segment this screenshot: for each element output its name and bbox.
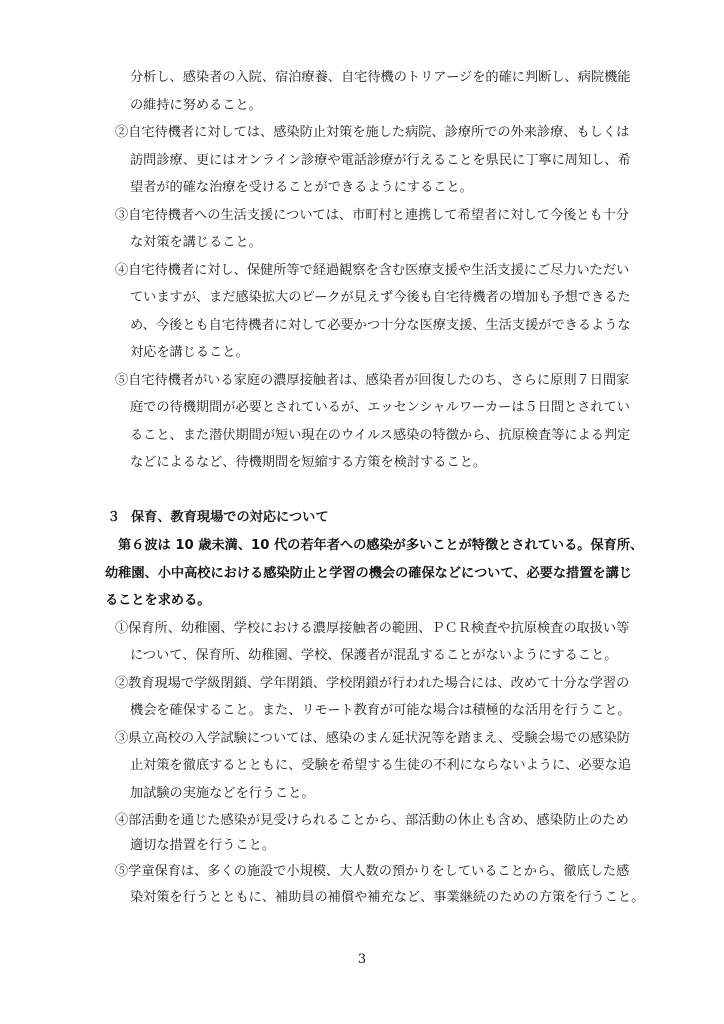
s3-item-4-line: 適切な措置を行うこと。 — [130, 837, 275, 855]
list-item-4-line: め、今後とも自宅待機者に対して必要かつ十分な医療支援、生活支援ができるような — [130, 317, 631, 335]
section-number: ３ — [107, 509, 131, 527]
section-title: 保育、教育現場での対応について — [131, 510, 329, 525]
s3-item-3-line: 加試験の実施などを行うこと。 — [130, 785, 315, 803]
list-item-5-line: 庭での待機期間が必要とされているが、エッセンシャルワーカーは５日間とされてい — [130, 399, 630, 417]
s3-item-5-line: 染対策を行うとともに、補助員の補償や補充など、事業継続のための方策を行うこと。 — [130, 889, 644, 907]
page-number: 3 — [0, 952, 724, 967]
paragraph-line: 分析し、感染者の入院、宿泊療養、自宅待機のトリアージを的確に判断し、病院機能 — [130, 69, 630, 87]
list-item-5-line: などによるなど、待機期間を短縮する方策を検討すること。 — [130, 454, 486, 472]
list-item-5-line: ⑤自宅待機者がいる家庭の濃厚接触者は、感染者が回復したのち、さらに原則７日間家 — [115, 372, 629, 390]
list-item-2-line: 望者が的確な治療を受けることができるようにすること。 — [130, 179, 473, 197]
list-item-2-line: ②自宅待機者に対しては、感染防止対策を施した病院、診療所での外来診療、もしくは — [115, 124, 629, 142]
section-summary-line: 第６波は 10 歳未満、10 代の若年者への感染が多いことが特徴とされている。保… — [118, 537, 643, 555]
s3-item-2-line: 機会を確保すること。また、リモート教育が可能な場合は積極的な活用を行うこと。 — [130, 702, 631, 720]
s3-item-5-line: ⑤学童保育は、多くの施設で小規模、大人数の預かりをしていることから、徹底した感 — [115, 863, 629, 881]
list-item-3-line: ③自宅待機者への生活支援については、市町村と連携して希望者に対して今後とも十分 — [115, 207, 629, 225]
s3-item-1-line: について、保育所、幼稚園、学校、保護者が混乱することがないようにすること。 — [130, 647, 617, 665]
section-heading: ３保育、教育現場での対応について — [107, 509, 329, 527]
list-item-4-line: ④自宅待機者に対し、保健所等で経過観察を含む医療支援や生活支援にご尽力いただい — [115, 262, 629, 280]
s3-item-3-line: 止対策を徹底するとともに、受験を希望する生徒の不利にならないように、必要な追 — [130, 757, 631, 775]
section-summary-line: ることを求める。 — [105, 592, 211, 610]
list-item-2-line: 訪問診療、更にはオンライン診療や電話診療が行えることを県民に丁寧に周知し、希 — [130, 152, 631, 170]
s3-item-1-line: ①保育所、幼稚園、学校における濃厚接触者の範囲、ＰＣＲ検査や抗原検査の取扱い等 — [115, 620, 629, 638]
paragraph-line: の維持に努めること。 — [130, 97, 262, 115]
s3-item-2-line: ②教育現場で学級閉鎖、学年閉鎖、学校閉鎖が行われた場合には、改めて十分な学習の — [115, 675, 629, 693]
document-page: 分析し、感染者の入院、宿泊療養、自宅待機のトリアージを的確に判断し、病院機能 の… — [0, 0, 724, 1024]
section-summary-line: 幼稚園、小中高校における感染防止と学習の機会の確保などについて、必要な措置を講じ — [105, 565, 632, 583]
list-item-5-line: ること、また潜伏期間が短い現在のウイルス感染の特徴から、抗原検査等による判定 — [130, 427, 630, 445]
list-item-4-line: 対応を講じること。 — [130, 344, 249, 362]
s3-item-4-line: ④部活動を通じた感染が見受けられることから、部活動の休止も含め、感染防止のため — [115, 812, 629, 830]
list-item-4-line: ていますが、まだ感染拡大のピークが見えず今後も自宅待機者の増加も予想できるた — [130, 289, 631, 307]
list-item-3-line: な対策を講じること。 — [130, 234, 262, 252]
s3-item-3-line: ③県立高校の入学試験については、感染のまん延状況等を踏まえ、受験会場での感染防 — [115, 730, 630, 748]
